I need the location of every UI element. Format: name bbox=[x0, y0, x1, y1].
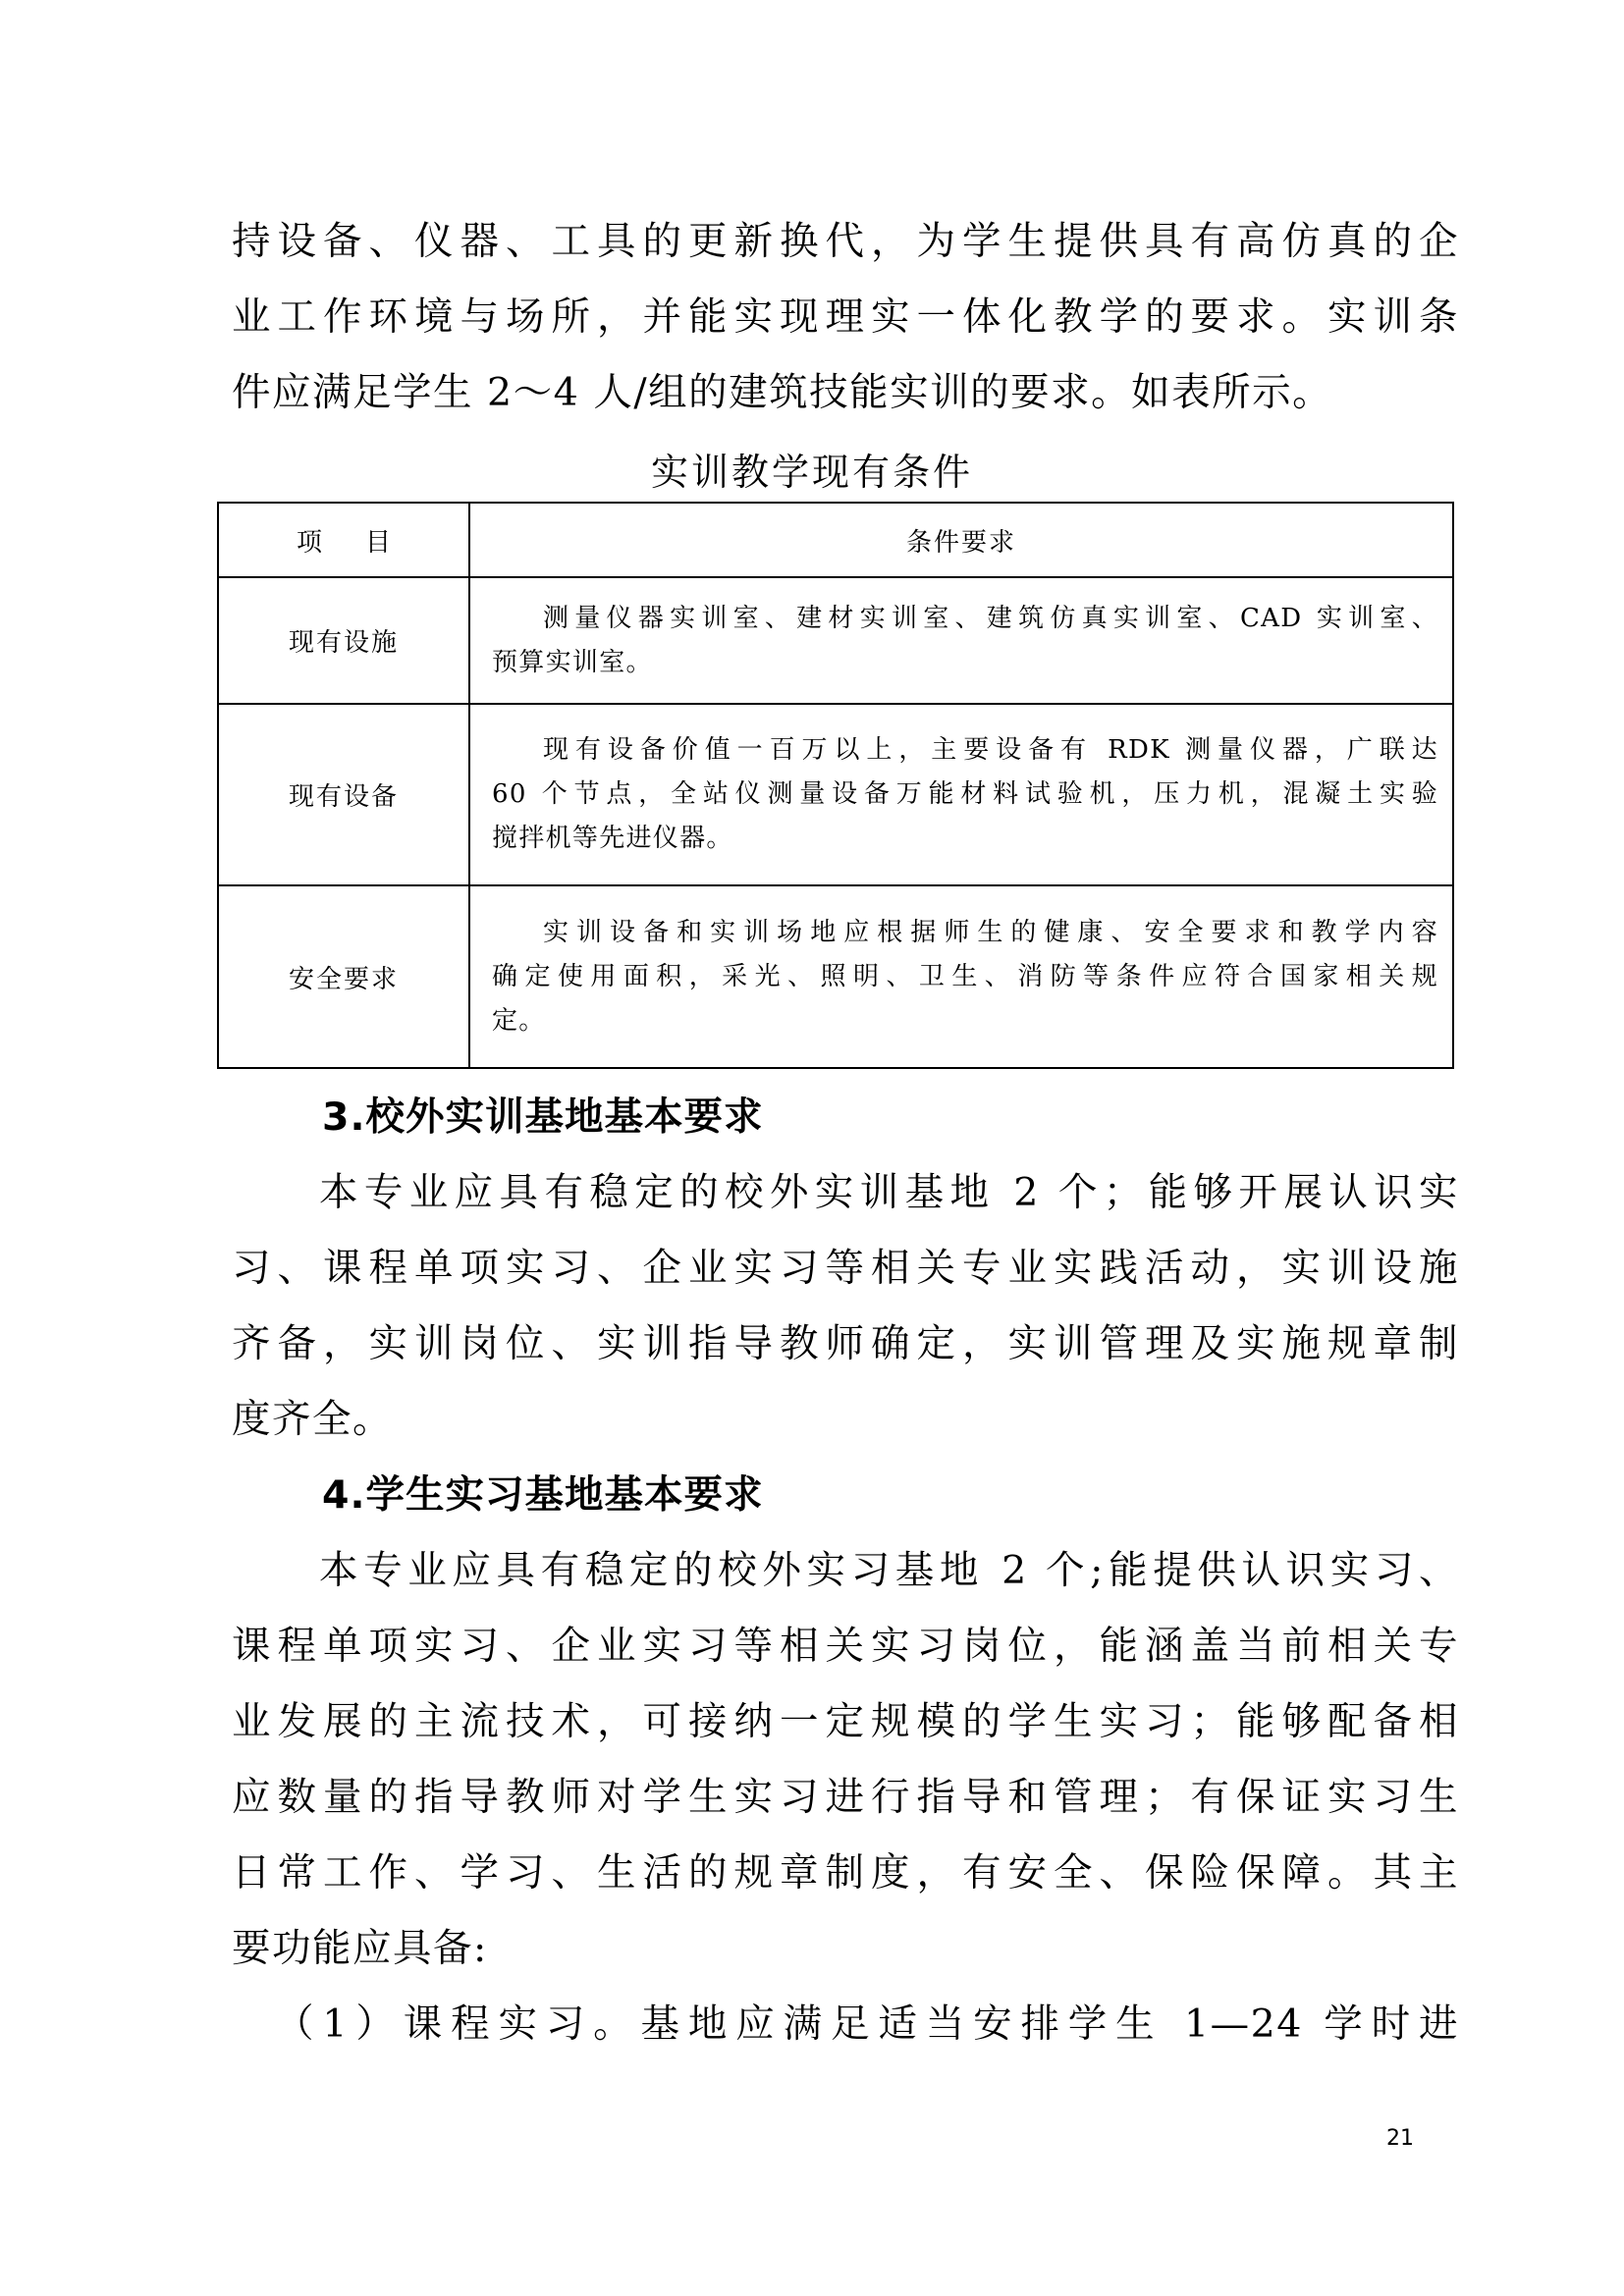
text-line: 持设备、仪器、工具的更新换代，为学生提供具有高仿真的企 bbox=[232, 204, 1459, 280]
cell-line: 确定使用面积，采光、照明、卫生、消防等条件应符合国家相关规 bbox=[492, 955, 1438, 999]
text-line: 件应满足学生 2～4 人/组的建筑技能实训的要求。如表所示。 bbox=[232, 355, 1459, 431]
header-item-label: 项目 bbox=[253, 528, 434, 558]
table-row: 现有设备 现有设备价值一百万以上，主要设备有 RDK 测量仪器，广联达 60 个… bbox=[218, 704, 1453, 885]
section-4-heading: 4.学生实习基地基本要求 bbox=[322, 1458, 764, 1533]
text-line: 日常工作、学习、生活的规章制度，有安全、保险保障。其主 bbox=[232, 1836, 1459, 1911]
text-line: 齐备，实训岗位、实训指导教师确定，实训管理及实施规章制 bbox=[232, 1307, 1459, 1382]
document-page: 持设备、仪器、工具的更新换代，为学生提供具有高仿真的企 业工作环境与场所，并能实… bbox=[0, 0, 1624, 2296]
cell-line: 定。 bbox=[492, 999, 1438, 1043]
text-line: 习、课程单项实习、企业实习等相关专业实践活动，实训设施 bbox=[232, 1231, 1459, 1307]
section-3-paragraph: 本专业应具有稳定的校外实训基地 2 个；能够开展认识实 习、课程单项实习、企业实… bbox=[232, 1155, 1459, 1458]
row-requirement: 现有设备价值一百万以上，主要设备有 RDK 测量仪器，广联达 60 个节点，全站… bbox=[469, 704, 1453, 885]
text-line: 业工作环境与场所，并能实现理实一体化教学的要求。实训条 bbox=[232, 280, 1459, 355]
intro-paragraph: 持设备、仪器、工具的更新换代，为学生提供具有高仿真的企 业工作环境与场所，并能实… bbox=[232, 204, 1459, 431]
header-item: 项目 bbox=[218, 503, 469, 577]
text-line: 业发展的主流技术，可接纳一定规模的学生实习；能够配备相 bbox=[232, 1684, 1459, 1760]
cell-line: 搅拌机等先进仪器。 bbox=[492, 817, 1438, 861]
section-3-heading: 3.校外实训基地基本要求 bbox=[322, 1080, 764, 1155]
text-line: 应数量的指导教师对学生实习进行指导和管理；有保证实习生 bbox=[232, 1760, 1459, 1836]
section-4-paragraph: 本专业应具有稳定的校外实习基地 2 个;能提供认识实习、 课程单项实习、企业实习… bbox=[232, 1533, 1459, 2062]
text-line: 课程单项实习、企业实习等相关实习岗位，能涵盖当前相关专 bbox=[232, 1609, 1459, 1684]
cell-line: 60 个节点，全站仪测量设备万能材料试验机，压力机，混凝土实验 bbox=[492, 773, 1438, 817]
row-item-label: 安全要求 bbox=[218, 885, 469, 1068]
row-requirement: 实训设备和实训场地应根据师生的健康、安全要求和教学内容 确定使用面积，采光、照明… bbox=[469, 885, 1453, 1068]
row-item-label: 现有设施 bbox=[218, 577, 469, 704]
page-number: 21 bbox=[1371, 2126, 1430, 2151]
cell-line: 测量仪器实训室、建材实训室、建筑仿真实训室、CAD 实训室、 bbox=[492, 597, 1438, 641]
row-requirement: 测量仪器实训室、建材实训室、建筑仿真实训室、CAD 实训室、 预算实训室。 bbox=[469, 577, 1453, 704]
header-requirement: 条件要求 bbox=[469, 503, 1453, 577]
text-line: 度齐全。 bbox=[232, 1382, 1459, 1458]
text-line: 要功能应具备: bbox=[232, 1911, 1459, 1987]
cell-line: 预算实训室。 bbox=[492, 641, 1438, 685]
list-item-1: （1）课程实习。基地应满足适当安排学生 1—24 学时进 bbox=[232, 1987, 1459, 2062]
row-item-label: 现有设备 bbox=[218, 704, 469, 885]
text-line: 本专业应具有稳定的校外实习基地 2 个;能提供认识实习、 bbox=[232, 1533, 1459, 1609]
training-conditions-table: 项目 条件要求 现有设施 测量仪器实训室、建材实训室、建筑仿真实训室、CAD 实… bbox=[217, 502, 1454, 1069]
cell-line: 实训设备和实训场地应根据师生的健康、安全要求和教学内容 bbox=[492, 911, 1438, 955]
table-header-row: 项目 条件要求 bbox=[218, 503, 1453, 577]
cell-line: 现有设备价值一百万以上，主要设备有 RDK 测量仪器，广联达 bbox=[492, 728, 1438, 773]
table-row: 安全要求 实训设备和实训场地应根据师生的健康、安全要求和教学内容 确定使用面积，… bbox=[218, 885, 1453, 1068]
text-line: 本专业应具有稳定的校外实训基地 2 个；能够开展认识实 bbox=[232, 1155, 1459, 1231]
table-caption: 实训教学现有条件 bbox=[0, 442, 1624, 503]
table-row: 现有设施 测量仪器实训室、建材实训室、建筑仿真实训室、CAD 实训室、 预算实训… bbox=[218, 577, 1453, 704]
